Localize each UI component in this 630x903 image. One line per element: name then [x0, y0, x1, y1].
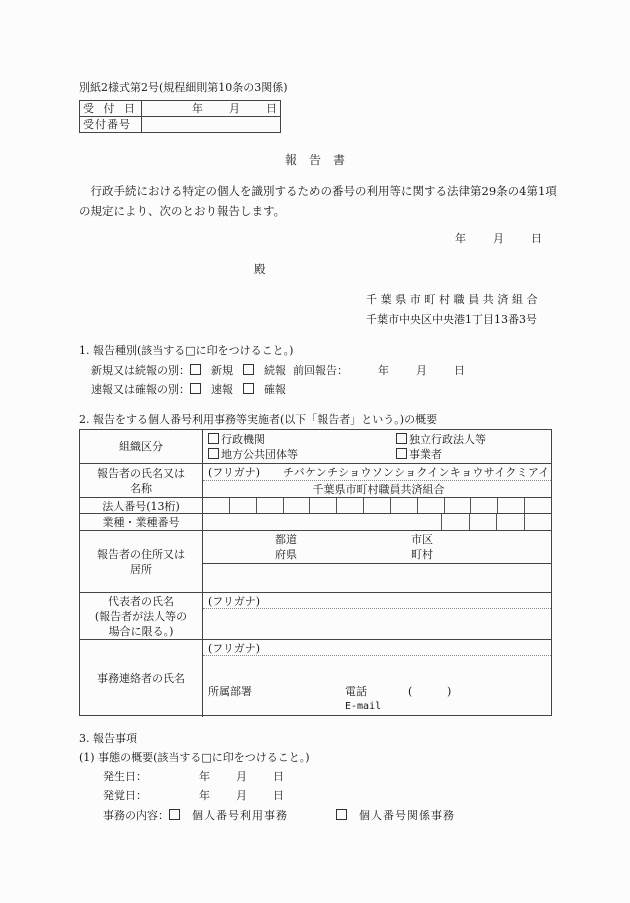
label-line: 居所	[130, 563, 152, 576]
section3-sub1: (1) 事態の概要(該当する□に印をつけること。)	[79, 752, 310, 763]
label-line: 報告者の住所又は	[97, 548, 185, 561]
furigana-label: (フリガナ)	[208, 467, 260, 478]
checkbox-preliminary[interactable]	[190, 383, 201, 394]
reporter-table: 組織区分 行政機関 独立行政法人等 地方公共団体等 事業者 報告者の氏名又は名称…	[79, 429, 552, 716]
reporter-name-label: 報告者の氏名又は名称	[80, 464, 203, 498]
day-label: 日	[454, 364, 465, 377]
department-label: 所属部署	[208, 686, 252, 697]
year-label: 年	[378, 364, 389, 377]
discovered-label: 発覚日：	[103, 790, 199, 801]
industry-cells[interactable]	[203, 514, 551, 531]
checkbox-new[interactable]	[190, 364, 201, 375]
label-line: 名称	[130, 482, 152, 495]
form-id: 別紙2様式第2号(規程細則第10条の3関係)	[79, 82, 288, 93]
preliminary-or-final-label: 速報又は確報の別：	[91, 383, 190, 396]
sender-address: 千葉市中央区中央港1丁目13番3号	[366, 314, 537, 325]
occurred-label: 発生日：	[103, 771, 199, 782]
occurred-date-row[interactable]: 発生日：年月日	[103, 771, 284, 782]
work-type-row: 事務の内容：個人番号利用事務個人番号関係事務	[103, 809, 455, 821]
phone-paren-close: )	[447, 686, 451, 697]
org-type-option-business[interactable]: 事業者	[396, 448, 442, 460]
work-type-label: 事務の内容：	[103, 809, 169, 822]
month-label: 月	[416, 364, 427, 377]
checkbox-icon	[208, 433, 219, 444]
prefecture-label-1: 都道	[275, 534, 297, 545]
receipt-table: 受 付 日 年月日 受付番号	[79, 100, 281, 133]
day-label: 日	[273, 770, 284, 783]
checkbox-personal-number-use[interactable]	[169, 809, 180, 820]
reporter-name-value[interactable]: 千葉県市町村職員共済組合	[281, 484, 476, 495]
receipt-date-label: 受 付 日	[80, 101, 142, 117]
prefecture-label-2: 府県	[275, 549, 297, 560]
corp-number-label: 法人番号(13桁)	[80, 498, 203, 514]
document-title: 報告書	[0, 154, 630, 166]
city-label-2: 町村	[411, 549, 433, 560]
address-row: 報告者の住所又は居所 都道 府県 市区 町村	[80, 530, 551, 593]
contact-row: 事務連絡者の氏名 (フリガナ) 所属部署 電話 ( ) E-mail	[80, 639, 551, 717]
month-label: 月	[236, 789, 247, 802]
month-label: 月	[229, 102, 240, 116]
corp-number-row: 法人番号(13桁)	[80, 497, 551, 514]
year-label: 年	[199, 789, 210, 802]
option-personal-number-related: 個人番号関係事務	[359, 809, 455, 822]
option-label: 独立行政法人等	[409, 433, 486, 446]
option-preliminary-label: 速報	[211, 383, 233, 396]
checkbox-followup[interactable]	[243, 364, 254, 375]
phone-label: 電話	[345, 686, 367, 697]
representative-row: 代表者の氏名(報告者が法人等の場合に限る。) (フリガナ)	[80, 592, 551, 640]
industry-label: 業種・業種番号	[80, 514, 203, 531]
org-type-option-local[interactable]: 地方公共団体等	[208, 448, 298, 460]
furigana-label: (フリガナ)	[208, 596, 260, 607]
sender-org: 千葉県市町村職員共済組合	[366, 294, 541, 305]
checkbox-icon	[396, 433, 407, 444]
section2-heading: 2. 報告をする個人番号利用事務等実施者(以下「報告者」という。)の概要	[79, 414, 437, 425]
label-line: 代表者の氏名	[108, 595, 174, 608]
address-label: 報告者の住所又は居所	[80, 531, 203, 593]
day-label: 日	[531, 233, 542, 244]
org-type-label: 組織区分	[80, 430, 203, 463]
representative-label: 代表者の氏名(報告者が法人等の場合に限る。)	[80, 593, 203, 640]
receipt-number-label: 受付番号	[80, 117, 142, 133]
org-type-row: 組織区分 行政機関 独立行政法人等 地方公共団体等 事業者	[80, 430, 551, 463]
report-type-row-2: 速報又は確報の別：速報確報	[91, 383, 286, 395]
month-label: 月	[493, 233, 504, 244]
addressee-suffix: 殿	[254, 264, 266, 276]
new-or-followup-label: 新規又は続報の別：	[91, 364, 190, 377]
option-followup-label: 続報	[264, 364, 286, 377]
option-label: 地方公共団体等	[221, 448, 298, 461]
label-line: 報告者の氏名又は	[97, 467, 185, 480]
checkbox-icon	[208, 448, 219, 459]
previous-report-label: 前回報告：	[293, 364, 348, 377]
year-label: 年	[192, 102, 203, 116]
org-type-option-ia[interactable]: 独立行政法人等	[396, 433, 486, 445]
year-label: 年	[199, 770, 210, 783]
option-final-label: 確報	[264, 383, 286, 396]
furigana-label: (フリガナ)	[208, 643, 260, 654]
contact-field[interactable]: (フリガナ) 所属部署 電話 ( ) E-mail	[203, 640, 551, 717]
city-label-1: 市区	[411, 534, 433, 545]
address-field[interactable]: 都道 府県 市区 町村	[203, 531, 551, 593]
phone-paren-open: (	[408, 686, 412, 697]
report-type-row-1: 新規又は続報の別：新規続報前回報告：年月日	[91, 364, 465, 376]
month-label: 月	[236, 770, 247, 783]
discovered-date-row[interactable]: 発覚日：年月日	[103, 790, 284, 801]
furigana-value[interactable]: チバケンチショウソンショクインキョウサイクミアイ	[283, 467, 550, 478]
label-line: 場合に限る。)	[109, 625, 174, 638]
industry-row: 業種・業種番号	[80, 513, 551, 531]
section3-heading: 3. 報告事項	[79, 733, 137, 744]
receipt-date-field[interactable]: 年月日	[142, 101, 281, 117]
year-label: 年	[455, 233, 466, 244]
day-label: 日	[266, 102, 277, 116]
email-label: E-mail	[345, 702, 381, 712]
option-new-label: 新規	[211, 364, 233, 377]
org-type-option-gov[interactable]: 行政機関	[208, 433, 265, 445]
contact-label: 事務連絡者の氏名	[80, 640, 203, 717]
checkbox-final[interactable]	[243, 383, 254, 394]
label-line: (報告者が法人等の	[95, 610, 187, 623]
option-label: 行政機関	[221, 433, 265, 446]
receipt-number-field[interactable]	[142, 117, 281, 133]
intro-text: 行政手続における特定の個人を識別するための番号の利用等に関する法律第29条の4第…	[79, 181, 559, 221]
report-date[interactable]: 年月日	[455, 233, 542, 244]
option-label: 事業者	[409, 448, 442, 461]
checkbox-personal-number-related[interactable]	[336, 809, 347, 820]
reporter-name-row: 報告者の氏名又は名称 (フリガナ) チバケンチショウソンショクインキョウサイクミ…	[80, 463, 551, 498]
checkbox-icon	[396, 448, 407, 459]
section1-heading: 1. 報告種別(該当する□に印をつけること。)	[79, 345, 293, 356]
representative-field[interactable]: (フリガナ)	[203, 593, 551, 640]
corp-number-cells[interactable]	[203, 498, 551, 514]
option-personal-number-use: 個人番号利用事務	[192, 809, 288, 822]
day-label: 日	[273, 789, 284, 802]
